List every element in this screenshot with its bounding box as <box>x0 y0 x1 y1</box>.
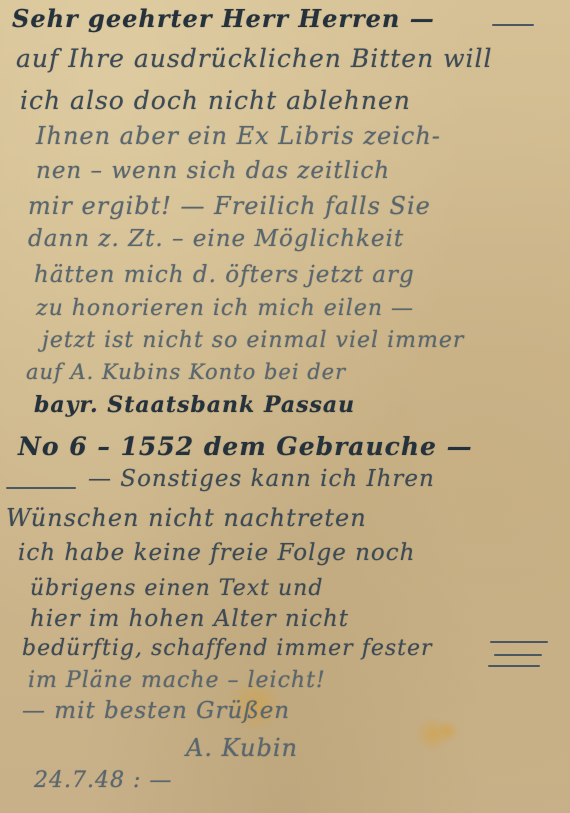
bank-name: bayr. Staatsbank Passau <box>34 392 355 418</box>
letter-line: übrigens einen Text und <box>30 576 323 601</box>
letter-line: Wünschen nicht nachtreten <box>6 504 367 532</box>
salutation: Sehr geehrter Herr Herren — <box>12 4 435 33</box>
letter-line: Ihnen aber ein Ex Libris zeich- <box>36 122 441 150</box>
letter-line: hätten mich d. öfters jetzt arg <box>34 262 415 288</box>
account-number: No 6 – 1552 dem Gebrauche — <box>18 432 473 461</box>
dash-divider <box>490 641 548 643</box>
letter-line: mir ergibt! — Freilich falls Sie <box>28 192 431 220</box>
letter-line: bedürftig, schaffend immer fester <box>22 636 433 661</box>
signature: A. Kubin <box>186 734 298 762</box>
letter-line: — Sonstiges kann ich Ihren <box>88 466 435 492</box>
dash-divider <box>6 487 76 489</box>
letter-line: auf Ihre ausdrücklichen Bitten will <box>16 44 493 73</box>
letter-line: ich habe keine freie Folge noch <box>18 540 415 566</box>
dash-divider <box>494 654 542 656</box>
letter-date: 24.7.48 : — <box>34 768 172 793</box>
stain-mark <box>437 720 459 742</box>
letter-line: zu honorieren ich mich eilen — <box>36 296 414 321</box>
letter-line: ich also doch nicht ablehnen <box>20 86 411 115</box>
dash-divider <box>488 665 540 667</box>
letter-line: hier im hohen Alter nicht <box>30 606 349 632</box>
dash-divider <box>492 24 534 26</box>
letter-line: jetzt ist nicht so einmal viel immer <box>42 328 464 353</box>
letter-line: im Pläne mache – leicht! <box>28 668 326 693</box>
letter-line: auf A. Kubins Konto bei der <box>26 360 346 384</box>
closing-line: — mit besten Grüßen <box>22 698 290 724</box>
letter-line: dann z. Zt. – eine Möglichkeit <box>28 226 404 252</box>
letter-page: Sehr geehrter Herr Herren — auf Ihre aus… <box>0 0 570 813</box>
letter-line: nen – wenn sich das zeitlich <box>36 158 390 184</box>
